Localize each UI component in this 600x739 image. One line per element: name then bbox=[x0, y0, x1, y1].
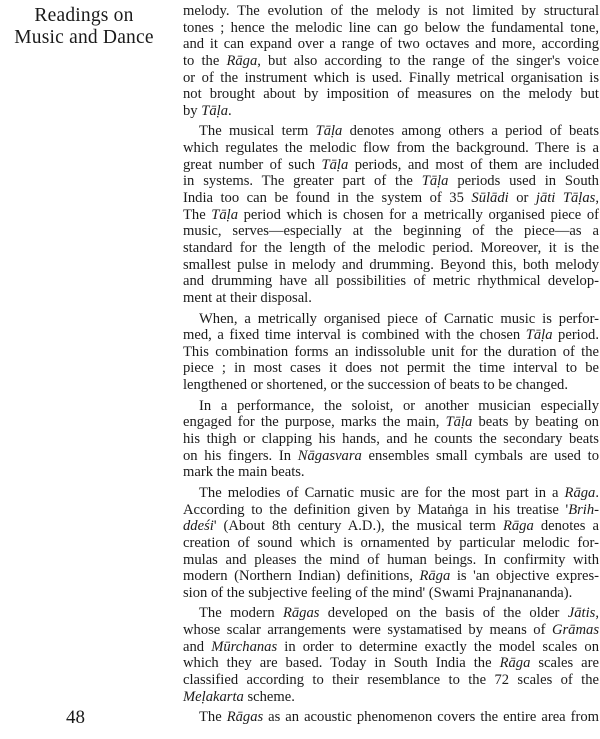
text-line: on his fingers. In Nāgasvara ensembles s… bbox=[183, 448, 599, 465]
text-line: engaged for the purpose, marks the main,… bbox=[183, 414, 599, 431]
text-line: The modern Rāgas developed on the basis … bbox=[183, 605, 599, 622]
text-line: The Tāḷa period which is chosen for a me… bbox=[183, 207, 599, 224]
text-line: his thigh or clapping his hands, and he … bbox=[183, 431, 599, 448]
text-line: The musical term Tāḷa denotes among othe… bbox=[183, 123, 599, 140]
text-line: ment at their disposal. bbox=[183, 290, 599, 307]
paragraph: The modern Rāgas developed on the basis … bbox=[183, 605, 599, 705]
paragraph: In a performance, the soloist, or anothe… bbox=[183, 398, 599, 481]
body-text: melody. The evolution of the melody is n… bbox=[183, 3, 599, 726]
paragraph: The melodies of Carnatic music are for t… bbox=[183, 485, 599, 601]
text-line: sion of the subjective feeling of the mi… bbox=[183, 585, 599, 602]
text-line: med, a fixed time interval is combined w… bbox=[183, 327, 599, 344]
text-line: When, a metrically organised piece of Ca… bbox=[183, 311, 599, 328]
text-line: and Mūrchanas in order to determine exac… bbox=[183, 639, 599, 656]
paragraph: melody. The evolution of the melody is n… bbox=[183, 3, 599, 119]
text-line: standard for the length of the melodic p… bbox=[183, 240, 599, 257]
text-line: or of the instrument which is used. Fina… bbox=[183, 70, 599, 87]
text-line: mulas and pleases the mind of human bein… bbox=[183, 552, 599, 569]
running-head-line-2: Music and Dance bbox=[4, 27, 164, 49]
text-line: melody. The evolution of the melody is n… bbox=[183, 3, 599, 20]
text-line: by Tāḷa. bbox=[183, 103, 599, 120]
running-head-line-1: Readings on bbox=[4, 5, 164, 27]
paragraph: The musical term Tāḷa denotes among othe… bbox=[183, 123, 599, 306]
text-line: According to the definition given by Mat… bbox=[183, 502, 599, 519]
text-line: India too can be found in the system of … bbox=[183, 190, 599, 207]
text-line: The Rāgas as an acoustic phenomenon cove… bbox=[183, 709, 599, 726]
text-line: which regulates the melodic flow from th… bbox=[183, 140, 599, 157]
text-line: and drumming have all possibilities of m… bbox=[183, 273, 599, 290]
text-line: not brought about by imposition of measu… bbox=[183, 86, 599, 103]
text-line: whose scalar arrangements were systamati… bbox=[183, 622, 599, 639]
text-line: music, serves—especially at the beginnin… bbox=[183, 223, 599, 240]
text-line: smallest pulse in melody and drumming. B… bbox=[183, 257, 599, 274]
text-line: lengthened or shortened, or the successi… bbox=[183, 377, 599, 394]
text-line: and it can expand over a range of two oc… bbox=[183, 36, 599, 53]
text-line: to the Rāga, but also according to the r… bbox=[183, 53, 599, 70]
text-line: classified according to their resemblanc… bbox=[183, 672, 599, 689]
text-line: mark the main beats. bbox=[183, 464, 599, 481]
page-number: 48 bbox=[66, 707, 85, 729]
text-line: In a performance, the soloist, or anothe… bbox=[183, 398, 599, 415]
paragraph: When, a metrically organised piece of Ca… bbox=[183, 311, 599, 394]
running-head: Readings on Music and Dance bbox=[4, 5, 164, 49]
text-line: piece ; in most cases it does not permit… bbox=[183, 360, 599, 377]
text-line: creation of sound which is ornamented by… bbox=[183, 535, 599, 552]
text-line: tones ; hence the melodic line can go be… bbox=[183, 20, 599, 37]
text-line: in systems. The greater part of the Tāḷa… bbox=[183, 173, 599, 190]
text-line: ddeśi' (About 8th century A.D.), the mus… bbox=[183, 518, 599, 535]
text-line: This combination forms an indissoluble u… bbox=[183, 344, 599, 361]
paragraph: The Rāgas as an acoustic phenomenon cove… bbox=[183, 709, 599, 726]
text-line: which they are based. Today in South Ind… bbox=[183, 655, 599, 672]
text-line: Meḷakarta scheme. bbox=[183, 689, 599, 706]
text-line: The melodies of Carnatic music are for t… bbox=[183, 485, 599, 502]
text-line: great number of such Tāḷa periods, and m… bbox=[183, 157, 599, 174]
text-line: modern (Northern Indian) definitions, Rā… bbox=[183, 568, 599, 585]
